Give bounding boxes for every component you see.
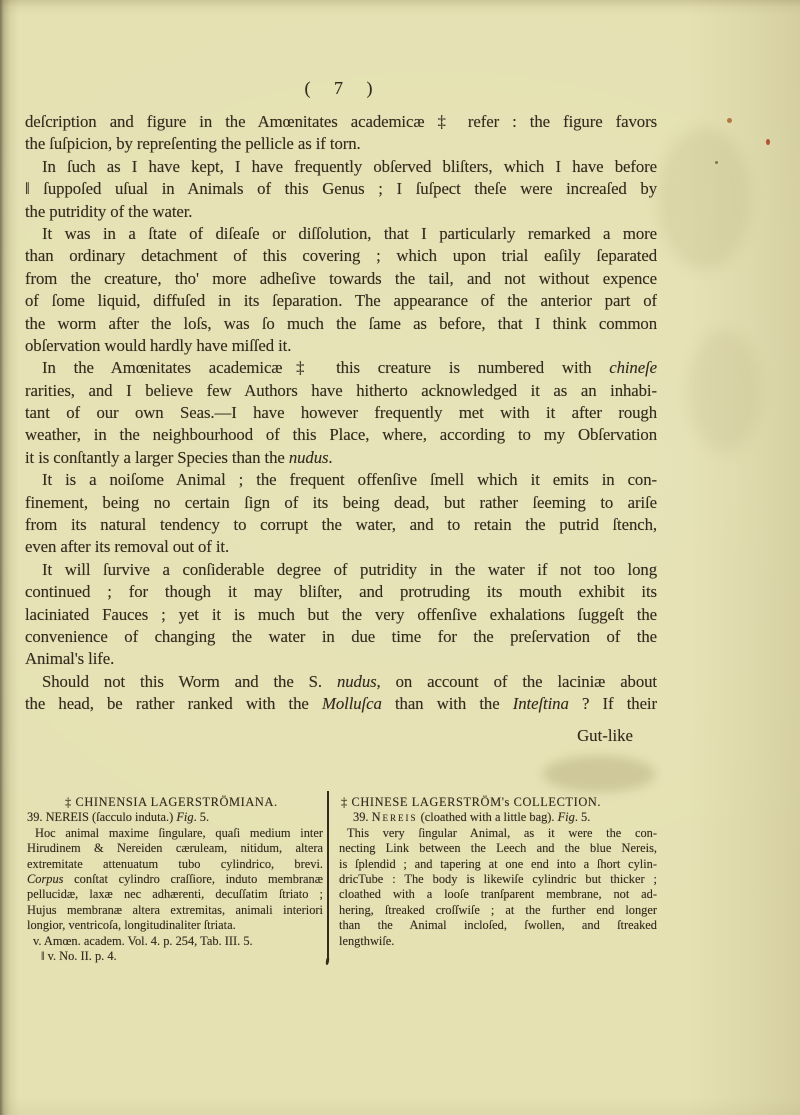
text-line: It was in a ſtate of diſeaſe or diſſolut…: [25, 223, 657, 245]
text-line: longior, ventricoſa, longitudinaliter ſt…: [27, 918, 323, 933]
text-line: rarities, and I believe few Authors have…: [25, 380, 657, 402]
text-line: It will ſurvive a conſiderable degree of…: [25, 559, 657, 581]
text-line: 39. Nereis (cloathed with a little bag).…: [339, 810, 657, 825]
text-line: ‖ ſuppoſed uſual in Animals of this Genu…: [25, 178, 657, 200]
text-line: it is conſtantly a larger Species than t…: [25, 447, 657, 469]
text-line: tant of our own Seas.—I have however fre…: [25, 402, 657, 424]
text-line: than ordinary detachment of this coverin…: [25, 245, 657, 267]
text-line: than the Animal incloſed, ſwollen, and ſ…: [339, 918, 657, 933]
text-line: is ſplendid ; and tapering at one end in…: [339, 857, 657, 872]
text-line: from its natural tendency to corrupt the…: [25, 514, 657, 536]
footnote-column-english: ‡ CHINESE LAGERSTRÖM's COLLECTION.39. Ne…: [339, 795, 657, 949]
text-line: Hoc animal maxime ſingulare, quaſi mediu…: [27, 826, 323, 841]
text-line: finement, being no certain ſign of its b…: [25, 492, 657, 514]
text-line: of ſome liquid, diffuſed in its ſeparati…: [25, 290, 657, 312]
text-line: necting Link between the Leech and the b…: [339, 841, 657, 856]
paper-stain: [543, 756, 655, 792]
text-line: cloathed with a looſe tranſparent membra…: [339, 887, 657, 902]
text-line: laciniated Fauces ; yet it is much but t…: [25, 604, 657, 626]
main-text-block: deſcription and figure in the Amœnitates…: [25, 111, 657, 716]
text-line: Corpus conſtat cylindro craſſiore, indut…: [27, 872, 323, 887]
text-line: dricTube : The body is likewiſe cylindri…: [339, 872, 657, 887]
book-page: ( 7 ) deſcription and figure in the Amœn…: [0, 0, 800, 1115]
ink-bleedthrough-smudge: [658, 128, 750, 270]
text-line: Hujus membranæ altera extremitas, animal…: [27, 903, 323, 918]
text-line: from the creature, tho' more adheſive to…: [25, 268, 657, 290]
text-line: Animal's life.: [25, 648, 657, 670]
page-number: ( 7 ): [25, 78, 657, 99]
paper-speck: [766, 139, 770, 145]
footnote-column-divider: [327, 791, 329, 958]
catchword-row: Gut-like: [25, 716, 657, 747]
text-line: This very ſingular Animal, as it were th…: [339, 826, 657, 841]
text-line: obſervation would hardly have miſſed it.: [25, 335, 657, 357]
text-line: extremitate attenuatum tubo cylindrico, …: [27, 857, 323, 872]
text-line: pellucidæ, laxæ nec adhærenti, decuſſati…: [27, 887, 323, 902]
text-line: In ſuch as I have kept, I have frequentl…: [25, 156, 657, 178]
text-line: the head, be rather ranked with the Moll…: [25, 693, 657, 715]
text-line: It is a noiſome Animal ; the frequent of…: [25, 469, 657, 491]
text-line: even after its removal out of it.: [25, 536, 657, 558]
text-line: In the Amœnitates academicæ‡ this creatu…: [25, 357, 657, 379]
text-line: hering, ſtreaked croſſwiſe ; at the furt…: [339, 903, 657, 918]
text-line: the worm after the loſs, was ſo much the…: [25, 313, 657, 335]
text-line: ‡ CHINENSIA LAGERSTRÖMIANA.: [27, 795, 323, 810]
catchword: Gut-like: [25, 725, 657, 747]
text-line: continued ; for though it may bliſter, a…: [25, 581, 657, 603]
text-line: v. Amœn. academ. Vol. 4. p. 254, Tab. II…: [27, 934, 323, 949]
paper-speck: [727, 118, 732, 123]
footnote-column-latin: ‡ CHINENSIA LAGERSTRÖMIANA.39. NEREIS (ſ…: [27, 795, 323, 964]
text-line: the putridity of the water.: [25, 201, 657, 223]
text-line: ‡ CHINESE LAGERSTRÖM's COLLECTION.: [339, 795, 657, 810]
text-line: deſcription and figure in the Amœnitates…: [25, 111, 657, 133]
text-line: 39. NEREIS (ſacculo induta.) Fig. 5.: [27, 810, 323, 825]
text-line: weather, in the neighbourhood of this Pl…: [25, 424, 657, 446]
text-line: Hirudinem & Nereiden cæruleam, nitidum, …: [27, 841, 323, 856]
paper-speck: [715, 161, 718, 164]
text-line: lengthwiſe.: [339, 934, 657, 949]
text-line: Should not this Worm and the S. nudus, o…: [25, 671, 657, 693]
ink-bleedthrough-smudge: [688, 330, 760, 452]
text-line: the ſuſpicion, by repreſenting the pelli…: [25, 133, 657, 155]
text-line: ‖ v. No. II. p. 4.: [27, 949, 323, 964]
text-line: convenience of changing the water in due…: [25, 626, 657, 648]
